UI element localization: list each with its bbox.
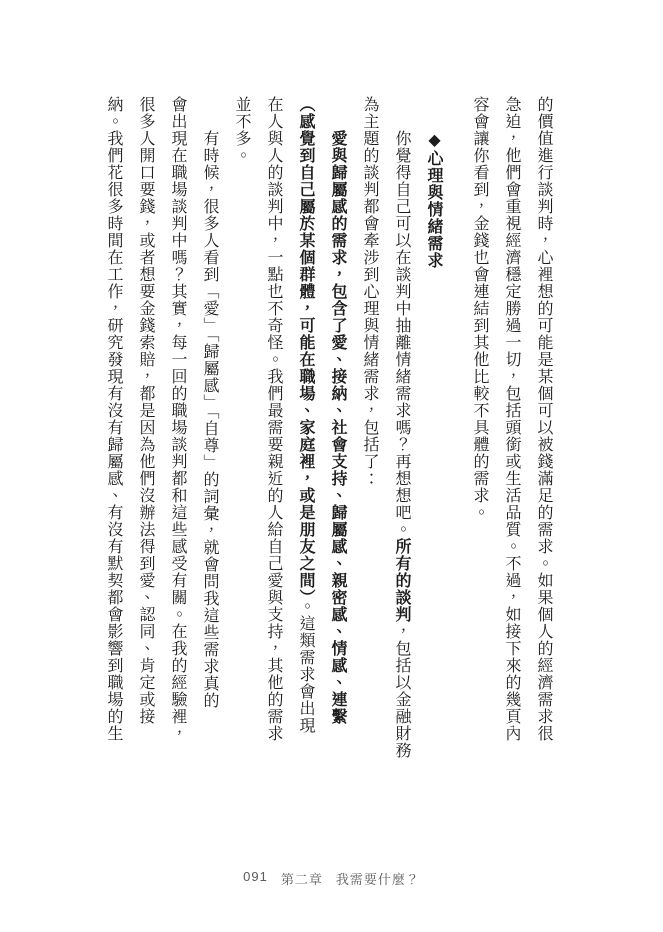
text-column-1: 的價值進行談判時，心裡想的可能是某個可以被錢滿足的需求。如果個人的經濟需求很	[527, 96, 559, 756]
chapter-title: 我需要什麼？	[336, 869, 420, 888]
text-column-5: 為主題的談判都會牽涉到心理與情緒需求，包括了：	[353, 96, 385, 756]
text-column-4: 你覺得自己可以在談判中抽離情緒需求嗎？再想想吧。所有的談判，包括以金融財務	[385, 96, 417, 790]
text-run: 的價值進行談判時，心裡想的可能是某個可以被錢滿足的需求。如果個人的經濟需求很	[535, 96, 552, 742]
body-text-block: 的價值進行談判時，心裡想的可能是某個可以被錢滿足的需求。如果個人的經濟需求很 急…	[97, 96, 559, 756]
text-run-emphasis: 所有的談判	[393, 538, 410, 623]
text-run: 很多人開口要錢，或者想要金錢索賠，都是因為他們沒辦法得到愛、認同、肯定或接	[137, 96, 154, 725]
text-run: 並不多。	[233, 96, 250, 164]
text-run: 。這類需求會出現	[297, 598, 314, 734]
text-run: ，包括以金融財務	[393, 623, 410, 759]
text-column-7: （感覺到自己屬於某個群體，可能在職場、家庭裡，或是朋友之間）。這類需求會出現	[289, 96, 321, 756]
section-heading-text: 心理與情緒需求	[425, 150, 442, 269]
text-run: 在人與人的談判中，一點也不奇怪。我們最需要親近的人給自己愛與支持，其他的需求	[265, 96, 282, 742]
text-column-2: 急迫，他們會重視經濟穩定勝過一切，包括頭銜或生活品質。不過，如接下來的幾頁內	[495, 96, 527, 756]
text-column-3: 容會讓你看到，金錢也會連結到其他比較不具體的需求。	[463, 96, 495, 756]
text-column-11: 會出現在職場談判中嗎？其實，每一回的職場談判都和這些感受有關。在我的經驗裡，	[161, 96, 193, 756]
text-run-emphasis: （感覺到自己屬於某個群體，可能在職場、家庭裡，或是朋友之間）	[297, 96, 314, 598]
section-heading: ◆心理與情緒需求	[417, 96, 449, 790]
text-column-8: 在人與人的談判中，一點也不奇怪。我們最需要親近的人給自己愛與支持，其他的需求	[257, 96, 289, 756]
text-run-emphasis: 愛與歸屬感的需求，包含了愛、接納、社會支持、歸屬感、親密感、情感、連繫	[329, 130, 346, 725]
text-run: 為主題的談判都會牽涉到心理與情緒需求，包括了：	[361, 96, 378, 487]
text-column-9: 並不多。	[225, 96, 257, 756]
text-run: 你覺得自己可以在談判中抽離情緒需求嗎？再想想吧。	[393, 130, 410, 538]
text-column-10: 有時候，很多人看到「愛」「歸屬感」「自尊」的詞彙，就會問我這些需求真的	[193, 96, 225, 790]
page-footer: 091 第二章 我需要什麼？	[0, 869, 663, 888]
text-run: 有時候，很多人看到「愛」「歸屬感」「自尊」的詞彙，就會問我這些需求真的	[201, 130, 218, 709]
diamond-bullet: ◆	[425, 130, 442, 150]
text-run: 急迫，他們會重視經濟穩定勝過一切，包括頭銜或生活品質。不過，如接下來的幾頁內	[503, 96, 520, 742]
page-number: 091	[243, 869, 268, 888]
text-column-6: 愛與歸屬感的需求，包含了愛、接納、社會支持、歸屬感、親密感、情感、連繫	[321, 96, 353, 790]
text-run: 納。我們花很多時間在工作，研究發現有沒有歸屬感、有沒有默契都會影響到職場的生	[105, 96, 122, 742]
text-column-13: 納。我們花很多時間在工作，研究發現有沒有歸屬感、有沒有默契都會影響到職場的生	[97, 96, 129, 756]
book-page: 的價值進行談判時，心裡想的可能是某個可以被錢滿足的需求。如果個人的經濟需求很 急…	[0, 0, 663, 932]
text-column-12: 很多人開口要錢，或者想要金錢索賠，都是因為他們沒辦法得到愛、認同、肯定或接	[129, 96, 161, 756]
chapter-label: 第二章	[281, 869, 323, 888]
text-run: 會出現在職場談判中嗎？其實，每一回的職場談判都和這些感受有關。在我的經驗裡，	[169, 96, 186, 742]
text-run: 容會讓你看到，金錢也會連結到其他比較不具體的需求。	[471, 96, 488, 521]
